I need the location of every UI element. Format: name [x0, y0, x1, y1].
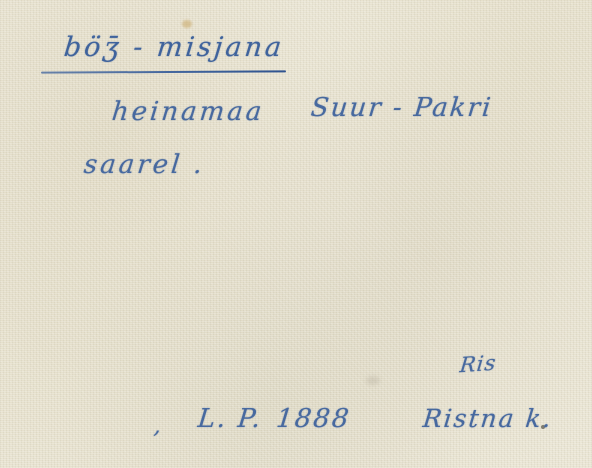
- paper-stain: [366, 376, 380, 385]
- caption-word-heinamaa: heinamaa: [110, 97, 266, 127]
- location-note: Ristna k.: [421, 404, 554, 433]
- paper-stain: [182, 20, 192, 28]
- signature-initials: L. P.: [196, 404, 263, 434]
- signature-and-year: L. P.1888: [196, 404, 352, 434]
- caption-word-saarel: saarel .: [82, 150, 206, 180]
- paper-card: böʒ̄ - misjana heinamaa Suur - Pakri saa…: [0, 0, 592, 468]
- stray-ink-mark: ,: [153, 414, 163, 439]
- small-note-ris: Ris: [459, 351, 498, 377]
- year-written: 1888: [275, 404, 352, 434]
- caption-island-name: Suur - Pakri: [309, 93, 494, 123]
- caption-title: böʒ̄ - misjana: [62, 32, 285, 63]
- title-underline: [41, 70, 286, 73]
